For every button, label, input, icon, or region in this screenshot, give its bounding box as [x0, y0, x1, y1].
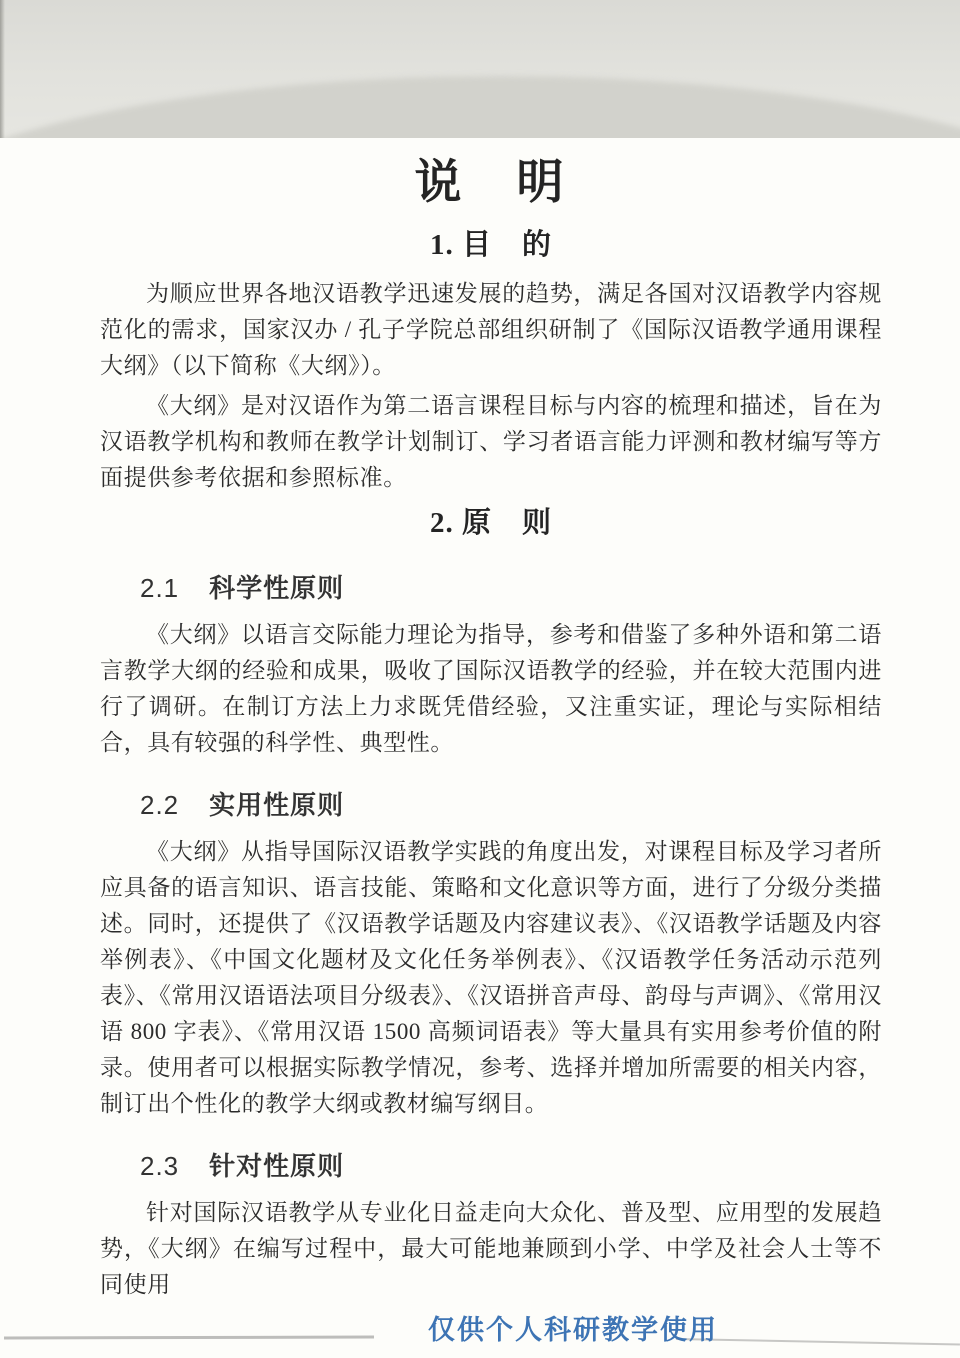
section-heading-purpose: 1. 目 的: [100, 224, 882, 266]
watermark-text: 仅供个人科研教学使用: [93, 1308, 960, 1347]
page-curl-arc: [0, 76, 960, 138]
subsection-title: 针对性原则: [209, 1149, 344, 1183]
subsection-number: 2.1: [140, 571, 179, 605]
scan-top-band: [0, 0, 960, 138]
section-heading-principles: 2. 原 则: [100, 502, 882, 544]
subsection-number: 2.3: [140, 1149, 179, 1183]
subsection-heading-scientific: 2.1 科学性原则: [100, 571, 882, 605]
scan-left-edge-shadow: [0, 0, 5, 145]
subsection-heading-practical: 2.2 实用性原则: [100, 788, 882, 822]
subsection-title: 科学性原则: [209, 571, 344, 605]
paragraph-purpose-1: 为顺应世界各地汉语教学迅速发展的趋势，满足各国对汉语教学内容规范化的需求，国家汉…: [100, 276, 882, 384]
paragraph-scientific: 《大纲》以语言交际能力理论为指导，参考和借鉴了多种外语和第二语言教学大纲的经验和…: [100, 617, 882, 761]
subsection-number: 2.2: [140, 788, 179, 822]
page-title: 说 明: [100, 156, 882, 210]
scanned-document-page: 说 明 1. 目 的 为顺应世界各地汉语教学迅速发展的趋势，满足各国对汉语教学内…: [0, 0, 960, 1358]
paragraph-purpose-2: 《大纲》是对汉语作为第二语言课程目标与内容的梳理和描述，旨在为汉语教学机构和教师…: [100, 388, 882, 496]
document-content: 说 明 1. 目 的 为顺应世界各地汉语教学迅速发展的趋势，满足各国对汉语教学内…: [100, 156, 882, 1307]
paragraph-targeted: 针对国际汉语教学从专业化日益走向大众化、普及型、应用型的发展趋势，《大纲》在编写…: [100, 1195, 882, 1303]
paragraph-practical: 《大纲》从指导国际汉语教学实践的角度出发，对课程目标及学习者所应具备的语言知识、…: [100, 834, 882, 1122]
subsection-heading-targeted: 2.3 针对性原则: [100, 1149, 882, 1183]
subsection-title: 实用性原则: [209, 788, 344, 822]
